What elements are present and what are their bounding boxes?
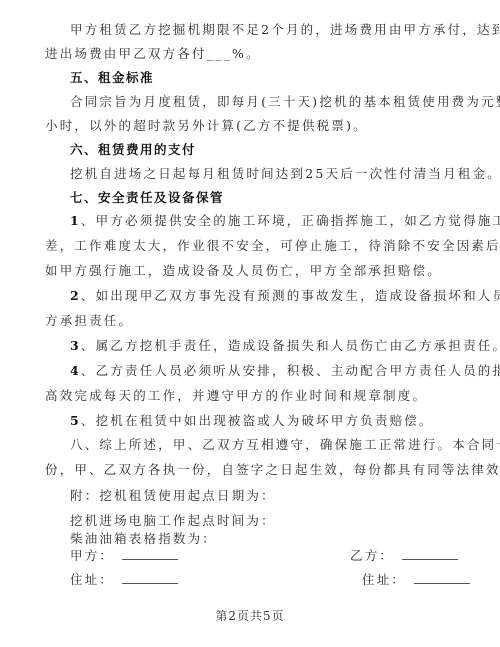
address-b-label: 住址： [362, 572, 406, 587]
paragraph-line: 2、如出现甲乙双方事先没有预测的事故发生，造成设备损坏和人员伤亡，甲 [70, 288, 500, 304]
paragraph-line: 小时，以外的超时款另外计算(乙方不提供税票)。 [45, 118, 368, 134]
section-heading: 五、租金标准 [70, 70, 154, 86]
paragraph-line: 挖机进场电脑工作起点时间为： [70, 513, 276, 529]
line-text: 、甲方必须提供安全的施工环境，正确指挥施工，如乙方觉得施工环境太 [81, 213, 500, 228]
line-text: 八、综上所述，甲、乙双方互相遵守，确保施工正常进行。本合同一式贰 [70, 437, 500, 452]
signature-party-a: 甲方： [70, 548, 178, 564]
clause-number: 2 [70, 288, 81, 303]
address-party-b: 住址： [362, 572, 470, 588]
paragraph-line: 柴油油箱表格指数为： [70, 531, 217, 547]
paragraph-line: 方承担责任。 [45, 313, 133, 329]
page-number-footer: 第2页共5页 [0, 607, 500, 624]
line-text: 甲方租赁乙方挖掘机期限不足2个月的，进场费用由甲方承付，达到2个月的 [70, 22, 500, 37]
line-text: 柴油油箱表格指数为： [70, 531, 217, 546]
line-text: 方承担责任。 [45, 313, 133, 328]
line-text: 五、租金标准 [70, 70, 154, 85]
party-b-label: 乙方： [350, 548, 394, 563]
line-text: 高效完成每天的工作，并遵守甲方的作业时间和规章制度。 [45, 388, 427, 403]
line-text: 差，工作难度太大，作业很不安全，可停止施工，待消除不安全因素后再施工。 [45, 238, 500, 253]
line-text: 、挖机在租赁中如出现被盗或人为破坏甲方负责赔偿。 [81, 413, 434, 428]
paragraph-line: 甲方租赁乙方挖掘机期限不足2个月的，进场费用由甲方承付，达到2个月的 [70, 22, 500, 38]
paragraph-line: 3、属乙方挖机手责任，造成设备损失和人员伤亡由乙方承担责任。 [70, 338, 500, 354]
line-text: 小时，以外的超时款另外计算(乙方不提供税票)。 [45, 118, 368, 133]
paragraph-line: 八、综上所述，甲、乙双方互相遵守，确保施工正常进行。本合同一式贰 [70, 437, 500, 453]
paragraph-line: 进出场费由甲乙双方各付___%。 [45, 46, 261, 62]
paragraph-line: 如甲方强行施工，造成设备及人员伤亡，甲方全部承担赔偿。 [45, 263, 442, 279]
line-text: 挖机进场电脑工作起点时间为： [70, 513, 276, 528]
line-text: 如甲方强行施工，造成设备及人员伤亡，甲方全部承担赔偿。 [45, 263, 442, 278]
line-text: 六、租赁费用的支付 [70, 142, 196, 157]
line-text: 进出场费由甲乙双方各付___%。 [45, 46, 261, 61]
paragraph-line: 差，工作难度太大，作业很不安全，可停止施工，待消除不安全因素后再施工。 [45, 238, 500, 254]
paragraph-line: 合同宗旨为月度租赁，即每月(三十天)挖机的基本租赁使用费为元整，超出 [70, 94, 500, 110]
address-a-label: 住址： [70, 572, 114, 587]
line-text: 合同宗旨为月度租赁，即每月(三十天)挖机的基本租赁使用费为元整，超出 [70, 94, 500, 109]
section-heading: 七、安全责任及设备保管 [70, 190, 224, 206]
line-text: 、属乙方挖机手责任，造成设备损失和人员伤亡由乙方承担责任。 [81, 338, 500, 353]
line-text: 、如出现甲乙双方事先没有预测的事故发生，造成设备损坏和人员伤亡，甲 [81, 288, 500, 303]
party-a-blank [122, 549, 178, 560]
signature-party-b: 乙方： [350, 548, 458, 564]
paragraph-line: 附：挖机租赁使用起点日期为： [70, 488, 276, 504]
line-text: 附：挖机租赁使用起点日期为： [70, 488, 276, 503]
clause-number: 3 [70, 338, 81, 353]
paragraph-line: 份，甲、乙双方各执一份，自签字之日起生效，每份都具有同等法律效力。 [45, 462, 500, 478]
section-heading: 六、租赁费用的支付 [70, 142, 196, 158]
line-text: 七、安全责任及设备保管 [70, 190, 224, 205]
address-b-blank [414, 573, 470, 584]
address-party-a: 住址： [70, 572, 178, 588]
clause-number: 4 [70, 363, 81, 378]
line-text: 、乙方责任人员必须听从安排，积极、主动配合甲方责任人员的指挥，优质 [81, 363, 500, 378]
clause-number: 1 [70, 213, 81, 228]
paragraph-line: 4、乙方责任人员必须听从安排，积极、主动配合甲方责任人员的指挥，优质 [70, 363, 500, 379]
clause-number: 5 [70, 413, 81, 428]
line-text: 挖机自进场之日起每月租赁时间达到25天后一次性付清当月租金。 [70, 166, 500, 181]
paragraph-line: 高效完成每天的工作，并遵守甲方的作业时间和规章制度。 [45, 388, 427, 404]
party-a-label: 甲方： [70, 548, 114, 563]
paragraph-line: 1、甲方必须提供安全的施工环境，正确指挥施工，如乙方觉得施工环境太 [70, 213, 500, 229]
address-a-blank [122, 573, 178, 584]
paragraph-line: 挖机自进场之日起每月租赁时间达到25天后一次性付清当月租金。 [70, 166, 500, 182]
paragraph-line: 5、挖机在租赁中如出现被盗或人为破坏甲方负责赔偿。 [70, 413, 434, 429]
line-text: 份，甲、乙双方各执一份，自签字之日起生效，每份都具有同等法律效力。 [45, 462, 500, 477]
party-b-blank [402, 549, 458, 560]
